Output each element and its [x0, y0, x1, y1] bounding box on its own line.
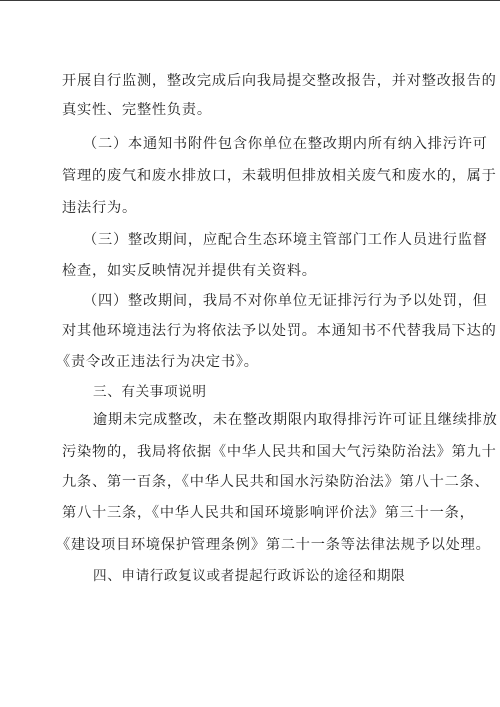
paragraph-line: 开展自行监测，整改完成后向我局提交整改报告，并对整改报告的: [62, 71, 497, 91]
item-2-line: （二）本通知书附件包含你单位在整改期内所有纳入排污许可: [83, 134, 488, 154]
document-page: 开展自行监测，整改完成后向我局提交整改报告，并对整改报告的 真实性、完整性负责。…: [0, 0, 500, 707]
section-heading-3: 三、有关事项说明: [93, 382, 207, 402]
item-4-line: （四）整改期间，我局不对你单位无证排污行为予以处罚，但: [83, 291, 488, 311]
paragraph-line: 真实性、完整性负责。: [62, 100, 212, 120]
paragraph-line: 违法行为。: [62, 198, 137, 218]
paragraph-line: 第八十三条，《中华人民共和国环境影响评价法》第三十一条，: [62, 503, 475, 523]
paragraph-line: 污染物的，我局将依据《中华人民共和国大气污染防治法》第九十: [62, 442, 497, 462]
paragraph-line: 逾期未完成整改，未在整改期限内取得排污许可证且继续排放: [93, 410, 498, 430]
paragraph-line: 检查，如实反映情况并提供有关资料。: [62, 261, 317, 281]
paragraph-line: 管理的废气和废水排放口，未载明但排放相关废气和废水的，属于: [62, 166, 497, 186]
item-3-line: （三）整改期间，应配合生态环境主管部门工作人员进行监督: [83, 230, 488, 250]
paragraph-line: 对其他环境违法行为将依法予以处罚。本通知书不代替我局下达的: [62, 321, 497, 341]
section-heading-4: 四、申请行政复议或者提起行政诉讼的途径和期限: [93, 566, 405, 586]
paragraph-line: 《责令改正违法行为决定书》。: [56, 352, 259, 372]
paragraph-line: 九条、第一百条，《中华人民共和国水污染防治法》第八十二条、: [62, 472, 490, 492]
paragraph-line: 《建设项目环境保护管理条例》第二十一条等法律法规予以处理。: [56, 535, 491, 555]
